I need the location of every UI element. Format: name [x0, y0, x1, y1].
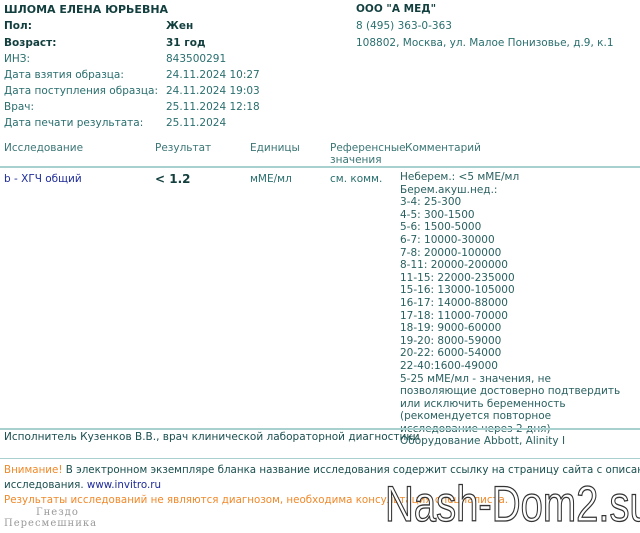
header-divider — [0, 166, 640, 168]
comment-line: Оборудование Abbott, Alinity I — [400, 435, 640, 448]
comment-line: 20-22: 6000-54000 — [400, 347, 640, 360]
sample-received-value: 24.11.2024 19:03 — [166, 85, 260, 97]
comment-line: 22-40:1600-49000 — [400, 360, 640, 373]
watermark-site: Nash-Dom2.su — [385, 475, 640, 533]
comment-line: 16-17: 14000-88000 — [400, 297, 640, 310]
invitro-link[interactable]: www.invitro.ru — [87, 479, 161, 491]
comment-line: 5-25 мМЕ/мл - значения, не — [400, 373, 640, 386]
comment-line: 3-4: 25-300 — [400, 196, 640, 209]
comment-line: или исключить беременность — [400, 398, 640, 411]
comment-line: 17-18: 11000-70000 — [400, 310, 640, 323]
watermark-logo-line2: Пересмешника — [4, 518, 97, 529]
sample-received-label: Дата поступления образца: — [4, 85, 158, 97]
header-test: Исследование — [4, 142, 83, 154]
sex-label: Пол: — [4, 20, 32, 32]
inz-label: ИНЗ: — [4, 53, 30, 65]
print-date-label: Дата печати результата: — [4, 117, 143, 129]
org-name: ООО "А МЕД" — [356, 3, 436, 15]
row-divider — [0, 428, 640, 430]
sample-taken-value: 24.11.2024 10:27 — [166, 69, 260, 81]
comment-line: 15-16: 13000-105000 — [400, 284, 640, 297]
header-reference: Референсные — [330, 142, 406, 154]
comment-line: 4-5: 300-1500 — [400, 209, 640, 222]
comment-line: 6-7: 10000-30000 — [400, 234, 640, 247]
doctor-label: Врач: — [4, 101, 34, 113]
units-value: мМЕ/мл — [250, 173, 292, 185]
reference-value: см. комм. — [330, 173, 382, 185]
inz-value: 843500291 — [166, 53, 226, 65]
patient-name: ШЛОМА ЕЛЕНА ЮРЬЕВНА — [4, 3, 168, 16]
attention-label: Внимание! — [4, 464, 62, 476]
comment-line: Берем.акуш.нед.: — [400, 184, 640, 197]
comment-line: (рекомендуется повторное — [400, 410, 640, 423]
sex-value: Жен — [166, 20, 193, 32]
attention-note-line2: исследования. www.invitro.ru — [4, 479, 161, 491]
attention-text-2: исследования. — [4, 479, 87, 491]
comment-line: 19-20: 8000-59000 — [400, 335, 640, 348]
org-phone: 8 (495) 363-0-363 — [356, 20, 452, 32]
sample-taken-label: Дата взятия образца: — [4, 69, 124, 81]
result-value: < 1.2 — [155, 172, 191, 186]
comment-line: позволяющие достоверно подтвердить — [400, 385, 640, 398]
doctor-value: 25.11.2024 12:18 — [166, 101, 260, 113]
comment-line: 5-6: 1500-5000 — [400, 221, 640, 234]
org-address: 108802, Москва, ул. Малое Понизовье, д.9… — [356, 37, 614, 49]
print-date-value: 25.11.2024 — [166, 117, 226, 129]
header-result: Результат — [155, 142, 211, 154]
test-name-link[interactable]: b - ХГЧ общий — [4, 173, 82, 185]
footer-divider — [0, 458, 640, 459]
header-comment: Комментарий — [405, 142, 481, 154]
comment-line: 18-19: 9000-60000 — [400, 322, 640, 335]
comment-line: 7-8: 20000-100000 — [400, 247, 640, 260]
header-reference-line2: значения — [330, 154, 382, 166]
watermark-logo-line1: Гнездо — [4, 507, 97, 518]
comment-text: Неберем.: <5 мМЕ/млБерем.акуш.нед.:3-4: … — [400, 171, 640, 448]
watermark-logo: Гнездо Пересмешника — [4, 507, 97, 529]
comment-line: Неберем.: <5 мМЕ/мл — [400, 171, 640, 184]
age-value: 31 год — [166, 37, 205, 49]
comment-line: 8-11: 20000-200000 — [400, 259, 640, 272]
age-label: Возраст: — [4, 37, 56, 49]
header-units: Единицы — [250, 142, 300, 154]
performer: Исполнитель Кузенков В.В., врач клиничес… — [4, 431, 420, 443]
comment-line: 11-15: 22000-235000 — [400, 272, 640, 285]
